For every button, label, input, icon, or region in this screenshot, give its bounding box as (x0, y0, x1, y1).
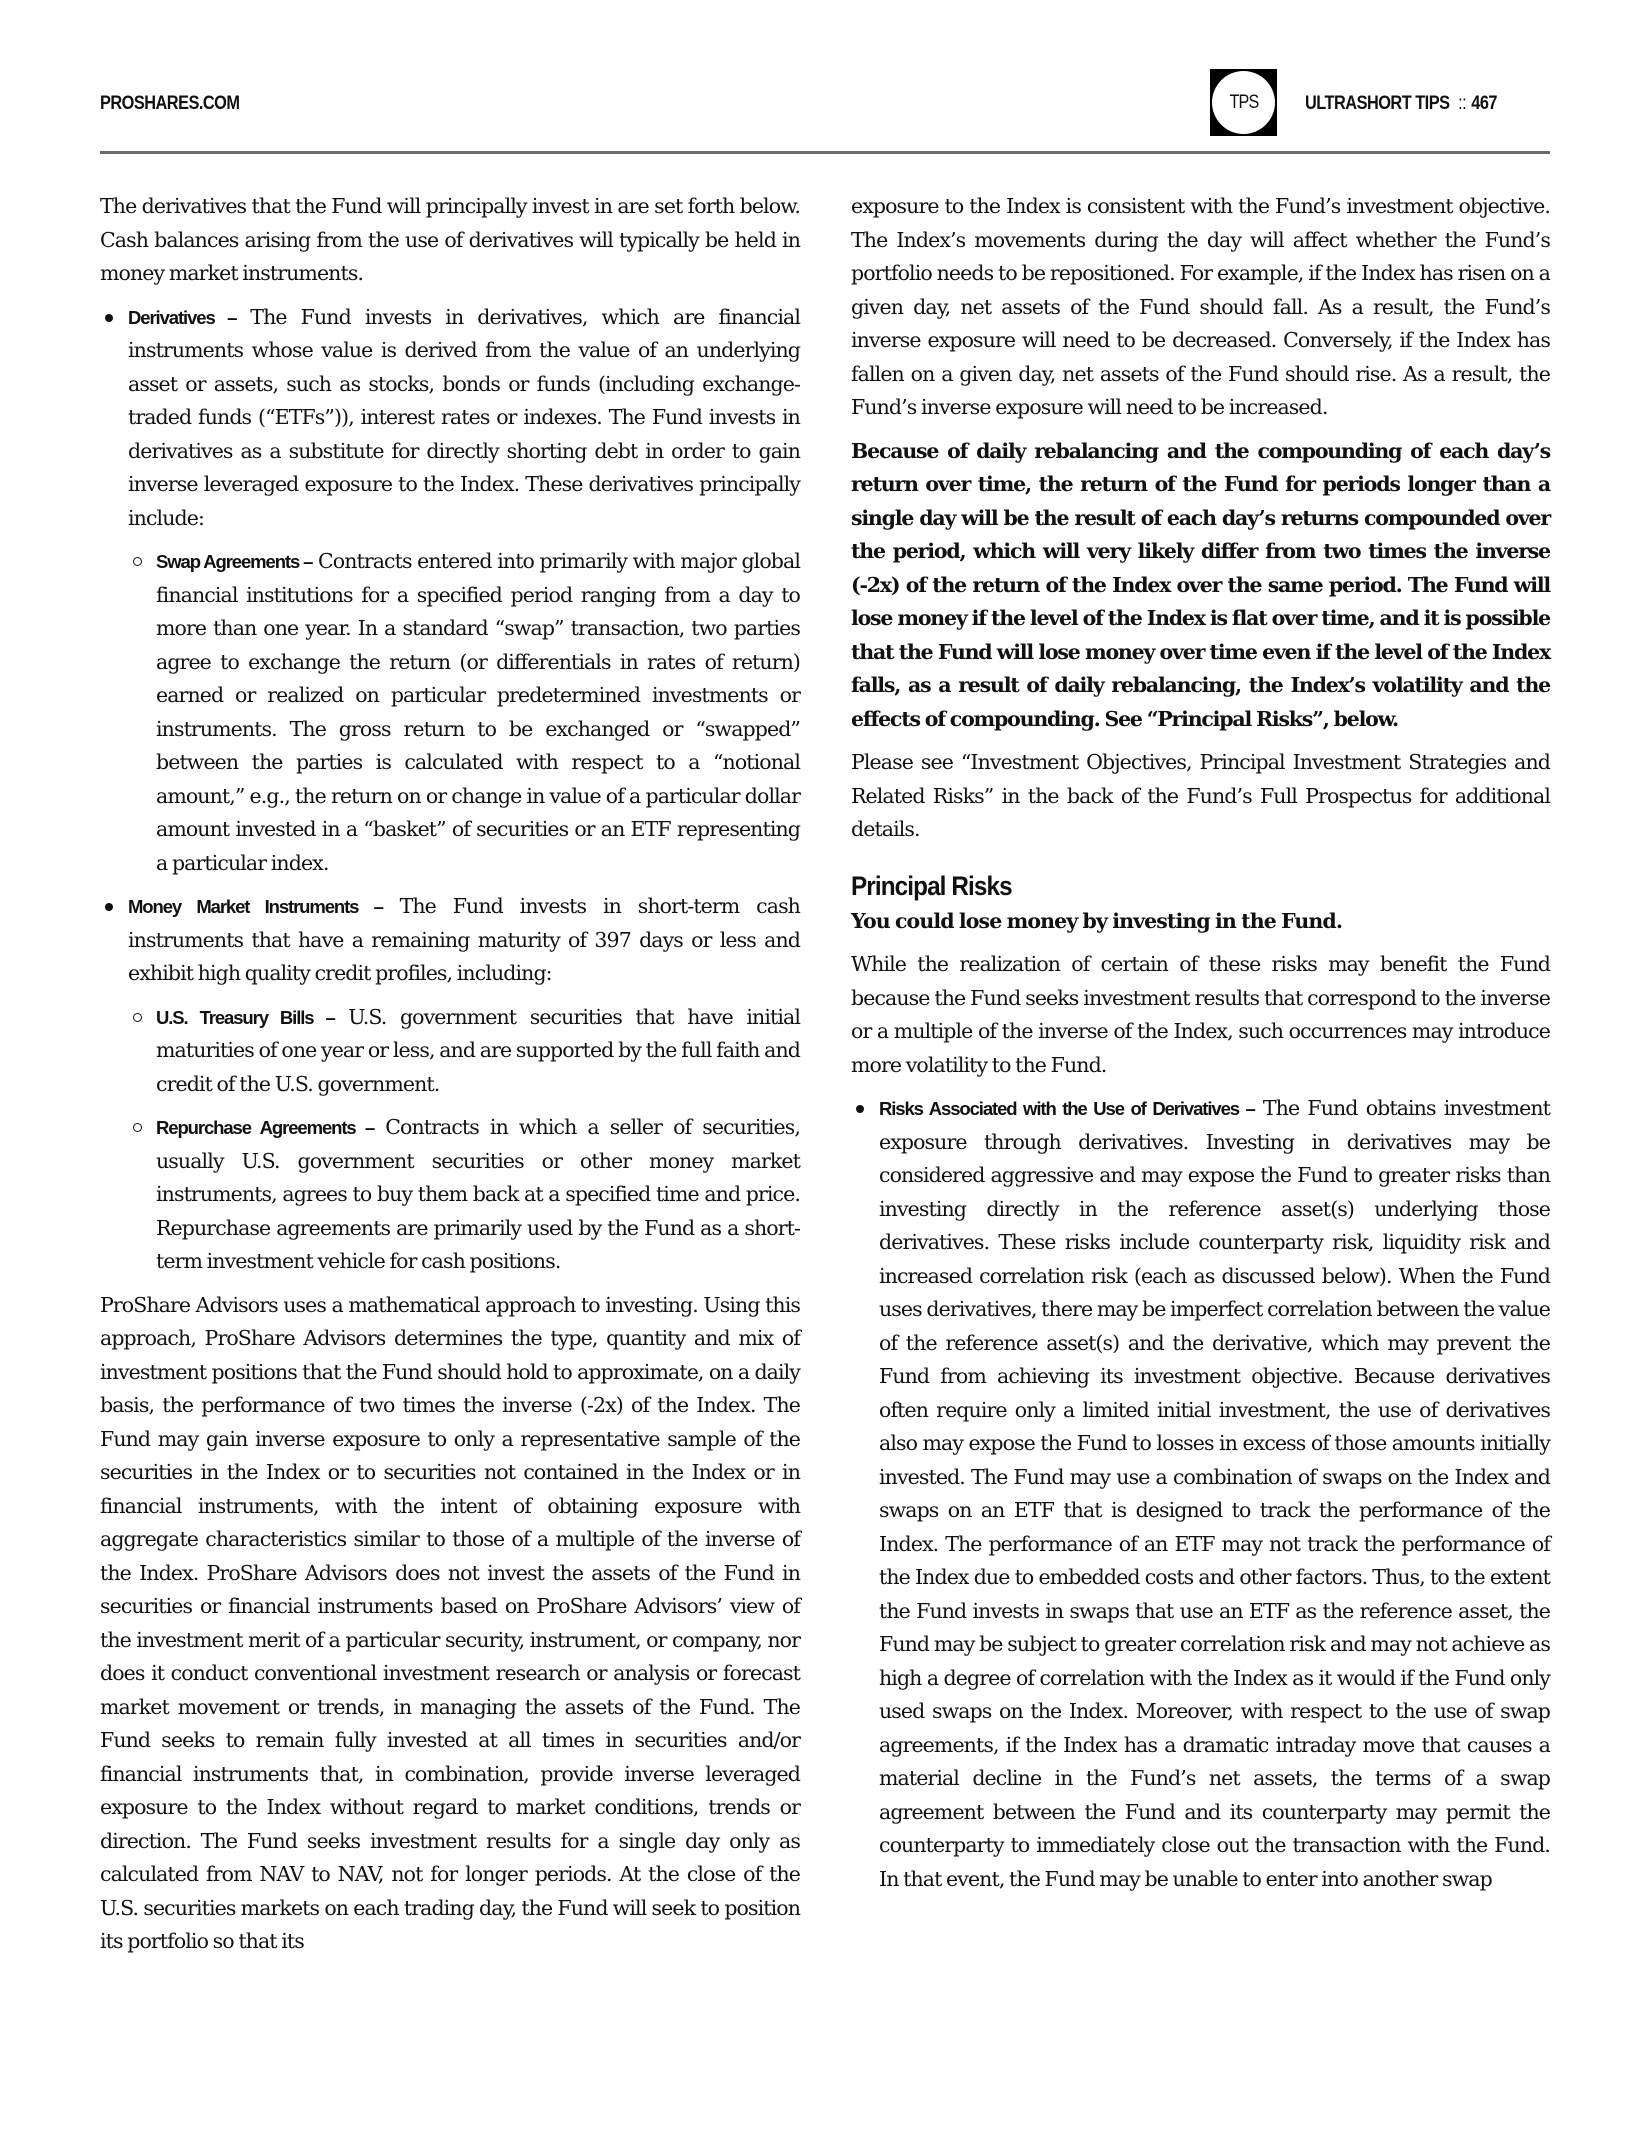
list-item-lead: Repurchase Agreements – (156, 1117, 374, 1138)
list-item-swap-agreements: Swap Agreements – Contracts entered into… (156, 545, 800, 880)
list-item-text: Contracts in which a seller of secu­riti… (156, 1115, 800, 1273)
right-column: exposure to the Index is consistent with… (851, 190, 1550, 1906)
derivatives-list: Derivatives – The Fund invests in deriva… (100, 301, 800, 1279)
list-item-derivatives-risk: Risks Associated with the Use of Derivat… (879, 1092, 1550, 1896)
list-item-lead: Risks Associated with the Use of Derivat… (879, 1098, 1255, 1119)
continuation-paragraph: exposure to the Index is consistent with… (851, 190, 1550, 425)
list-item-lead: Derivatives – (128, 307, 236, 328)
list-item-treasury-bills: U.S. Treasury Bills – U.S. government se… (156, 1001, 800, 1102)
page-number: 467 (1471, 93, 1497, 114)
running-header: ULTRASHORT TIPS::467 (1305, 93, 1497, 115)
intro-paragraph: The derivatives that the Fund will princ… (100, 190, 800, 291)
tps-badge-circle: TPS (1212, 71, 1275, 134)
list-item-text: The Fund invests in derivatives, which a… (128, 305, 800, 530)
see-also-paragraph: Please see “Investment Objectives, Princ… (851, 746, 1550, 847)
section-title-principal-risks: Principal Risks (851, 869, 1480, 903)
list-item-lead: U.S. Treasury Bills – (156, 1007, 335, 1028)
header-separator: :: (1458, 93, 1466, 114)
document-page: PROSHARES.COM TPS ULTRASHORT TIPS::467 T… (0, 0, 1650, 2150)
money-market-sublist: U.S. Treasury Bills – U.S. government se… (128, 1001, 800, 1279)
list-item-derivatives: Derivatives – The Fund invests in deriva… (128, 301, 800, 881)
section-subhead: You could lose money by investing in the… (851, 905, 1550, 939)
derivatives-sublist: Swap Agreements – Contracts entered into… (128, 545, 800, 880)
list-item-lead: Swap Agreements – (156, 551, 312, 572)
tps-badge-icon: TPS (1210, 69, 1277, 136)
list-item-money-market: Money Market Instruments – The Fund inve… (128, 890, 800, 1279)
compounding-warning: Because of daily rebalancing and the com… (851, 435, 1550, 737)
list-item-lead: Money Market Instruments – (128, 896, 383, 917)
list-item-repurchase-agreements: Repurchase Agreements – Contracts in whi… (156, 1111, 800, 1279)
list-item-text: The Fund obtains investment exposure thr… (879, 1096, 1550, 1891)
site-name: PROSHARES.COM (100, 93, 239, 115)
risks-list: Risks Associated with the Use of Derivat… (851, 1092, 1550, 1896)
list-item-text: Contracts entered into primarily with ma… (156, 549, 800, 875)
left-column: The derivatives that the Fund will princ… (100, 190, 800, 1969)
header-rule (100, 151, 1550, 154)
approach-paragraph: ProShare Advisors uses a mathematical ap… (100, 1289, 800, 1959)
tps-badge-label: TPS (1229, 92, 1258, 114)
risk-intro-paragraph: While the realization of certain of thes… (851, 948, 1550, 1082)
fund-title: ULTRASHORT TIPS (1305, 93, 1449, 114)
